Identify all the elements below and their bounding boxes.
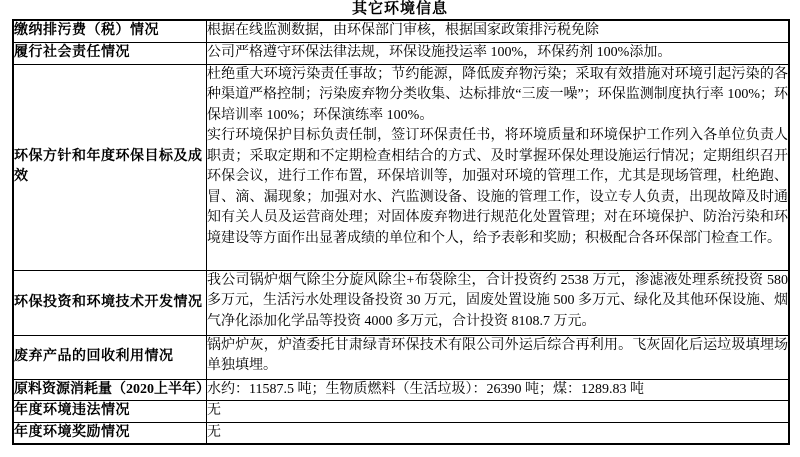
table-row: 原料资源消耗量（2020上半年） 水约：11587.5 吨；生物质燃料（生活垃圾… xyxy=(13,379,789,401)
row-content-text: 水约：11587.5 吨；生物质燃料（生活垃圾）：26390 吨；煤：1289.… xyxy=(207,380,788,401)
row-content-text: 锅炉炉灰，炉渣委托甘肃绿青环保技术有限公司外运后综合再利用。飞灰固化后运垃圾填埋… xyxy=(207,336,788,377)
row-content: 杜绝重大环境污染责任事故；节约能源，降低废弃物污染；采取有效措施对环境引起污染的… xyxy=(207,64,790,270)
row-content-text: 杜绝重大环境污染责任事故；节约能源，降低废弃物污染；采取有效措施对环境引起污染的… xyxy=(207,65,788,127)
row-content-text: 根据在线监测数据，由环保部门审核，根据国家政策排污税免除 xyxy=(207,21,788,42)
row-content: 无 xyxy=(207,422,790,444)
page-title: 其它环境信息 xyxy=(0,0,800,18)
row-label: 年度环境违法情况 xyxy=(13,401,207,423)
row-content: 我公司锅炉烟气除尘分旋风除尘+布袋除尘，合计投资约 2538 万元，渗滤液处理系… xyxy=(207,270,790,335)
row-label: 履行社会责任情况 xyxy=(13,42,207,64)
document-page: 其它环境信息 缴纳排污费（税）情况 根据在线监测数据，由环保部门审核，根据国家政… xyxy=(0,0,800,457)
row-label: 废弃产品的回收利用情况 xyxy=(13,335,207,379)
row-label: 原料资源消耗量（2020上半年） xyxy=(13,379,207,401)
row-content-text: 我公司锅炉烟气除尘分旋风除尘+布袋除尘，合计投资约 2538 万元，渗滤液处理系… xyxy=(207,271,788,333)
table-row: 履行社会责任情况 公司严格遵守环保法律法规，环保设施投运率 100%，环保药剂 … xyxy=(13,42,789,64)
row-label: 缴纳排污费（税）情况 xyxy=(13,20,207,42)
table-row: 环保方针和年度环保目标及成效 杜绝重大环境污染责任事故；节约能源，降低废弃物污染… xyxy=(13,64,789,270)
table-row: 年度环境违法情况 无 xyxy=(13,401,789,423)
row-content: 水约：11587.5 吨；生物质燃料（生活垃圾）：26390 吨；煤：1289.… xyxy=(207,379,790,401)
row-content: 公司严格遵守环保法律法规，环保设施投运率 100%，环保药剂 100%添加。 xyxy=(207,42,790,64)
other-env-info-table: 缴纳排污费（税）情况 根据在线监测数据，由环保部门审核，根据国家政策排污税免除 … xyxy=(12,19,790,445)
row-content-text: 实行环境保护目标负责任制，签订环保责任书，将环境质量和环境保护工作列入各单位负责… xyxy=(207,126,788,249)
row-label: 年度环境奖励情况 xyxy=(13,422,207,444)
table-row: 年度环境奖励情况 无 xyxy=(13,422,789,444)
row-content-text: 无 xyxy=(207,401,788,422)
table-row: 环保投资和环境技术开发情况 我公司锅炉烟气除尘分旋风除尘+布袋除尘，合计投资约 … xyxy=(13,270,789,335)
row-content: 锅炉炉灰，炉渣委托甘肃绿青环保技术有限公司外运后综合再利用。飞灰固化后运垃圾填埋… xyxy=(207,335,790,379)
row-content: 根据在线监测数据，由环保部门审核，根据国家政策排污税免除 xyxy=(207,20,790,42)
row-content-text: 无 xyxy=(207,423,788,444)
row-label: 环保投资和环境技术开发情况 xyxy=(13,270,207,335)
table-row: 废弃产品的回收利用情况 锅炉炉灰，炉渣委托甘肃绿青环保技术有限公司外运后综合再利… xyxy=(13,335,789,379)
row-content-text: 公司严格遵守环保法律法规，环保设施投运率 100%，环保药剂 100%添加。 xyxy=(207,43,788,64)
row-label: 环保方针和年度环保目标及成效 xyxy=(13,64,207,270)
row-content: 无 xyxy=(207,401,790,423)
table-row: 缴纳排污费（税）情况 根据在线监测数据，由环保部门审核，根据国家政策排污税免除 xyxy=(13,20,789,42)
